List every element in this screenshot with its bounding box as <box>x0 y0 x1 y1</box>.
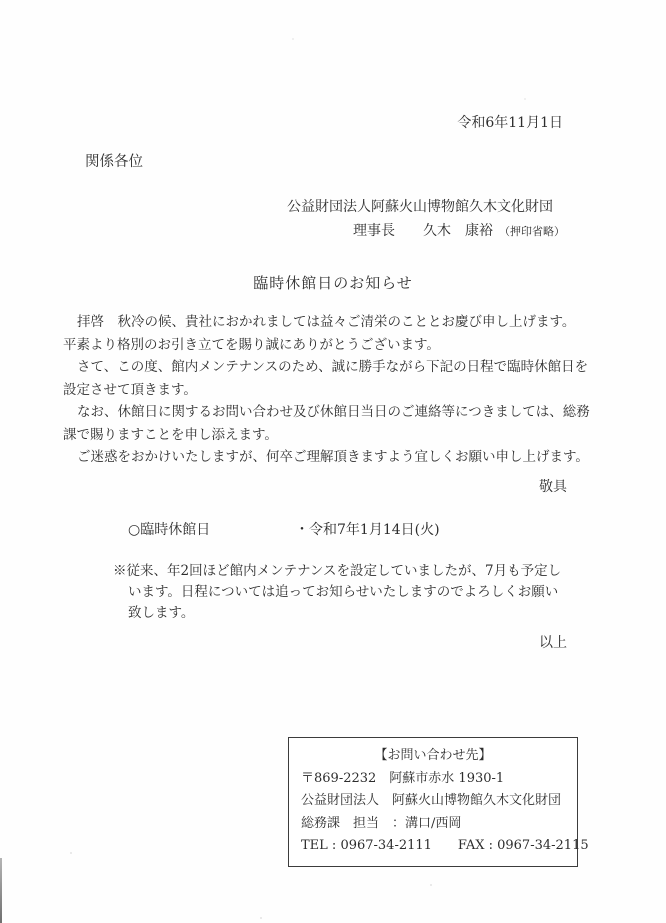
sender-name-row: 理事長 久木 康裕（押印省略） <box>353 220 565 240</box>
letter-body: 拝啓 秋冷の候、貴社におかれましては益々ご清栄のこととお慶び申し上げます。 平素… <box>63 311 568 469</box>
contact-address: 〒869-2232 阿蘇市赤水 1930-1 <box>301 768 565 791</box>
body-line: 平素より格別のお引き立てを賜り誠にありがとうございます。 <box>63 334 568 357</box>
sender-title-and-name: 理事長 久木 康裕 <box>353 223 493 239</box>
scanned-letter-page: 令和6年11月1日 関係各位 公益財団法人阿蘇火山博物館久木文化財団 理事長 久… <box>0 0 666 923</box>
closure-day-date: ・令和7年1月14日(火) <box>295 519 440 539</box>
body-line: 設定させて頂きます。 <box>63 379 568 402</box>
contact-department: 総務課 担当 ：溝口/西岡 <box>301 813 565 836</box>
body-line: ご迷惑をおかけいたしますが、何卒ご理解頂きますよう宜しくお願い申し上げます。 <box>63 446 568 469</box>
contact-box-heading: 【お問い合わせ先】 <box>301 745 565 768</box>
note-line: ※従来、年2回ほど館内メンテナンスを設定していましたが、7月も予定し <box>113 561 561 582</box>
closing-keigu: 敬具 <box>539 476 567 496</box>
document-title: 臨時休館日のお知らせ <box>0 272 666 293</box>
contact-organization: 公益財団法人 阿蘇火山博物館久木文化財団 <box>301 790 565 813</box>
scan-edge-artifact <box>0 858 2 923</box>
note-line: います。日程については追ってお知らせいたしますのでよろしくお願い <box>113 582 561 603</box>
sender-organization: 公益財団法人阿蘇火山博物館久木文化財団 <box>287 196 553 216</box>
scan-speck <box>430 884 432 886</box>
document-date: 令和6年11月1日 <box>457 112 563 132</box>
scan-speck <box>260 917 262 919</box>
seal-omitted-note: （押印省略） <box>499 225 565 238</box>
scan-speck <box>70 852 72 854</box>
end-mark-ijo: 以上 <box>539 632 567 652</box>
scan-speck <box>524 98 526 100</box>
recipient-line: 関係各位 <box>85 150 143 171</box>
contact-tel-fax: TEL : 0967-34-2111 FAX : 0967-34-2115 <box>301 835 565 858</box>
body-line: 拝啓 秋冷の候、貴社におかれましては益々ご清栄のこととお慶び申し上げます。 <box>63 311 568 334</box>
note-line: 致します。 <box>113 603 561 624</box>
scan-speck <box>292 38 294 40</box>
body-line: さて、この度、館内メンテナンスのため、誠に勝手ながら下記の日程で臨時休館日を <box>63 356 568 379</box>
body-line: 課で賜りますことを申し添えます。 <box>63 424 568 447</box>
body-line: なお、休館日に関するお問い合わせ及び休館日当日のご連絡等につきましては、総務 <box>63 401 568 424</box>
closure-day-label: ○臨時休館日 <box>128 519 210 539</box>
remarks-note: ※従来、年2回ほど館内メンテナンスを設定していましたが、7月も予定し います。日… <box>113 561 561 624</box>
contact-info-box: 【お問い合わせ先】 〒869-2232 阿蘇市赤水 1930-1 公益財団法人 … <box>288 737 578 867</box>
